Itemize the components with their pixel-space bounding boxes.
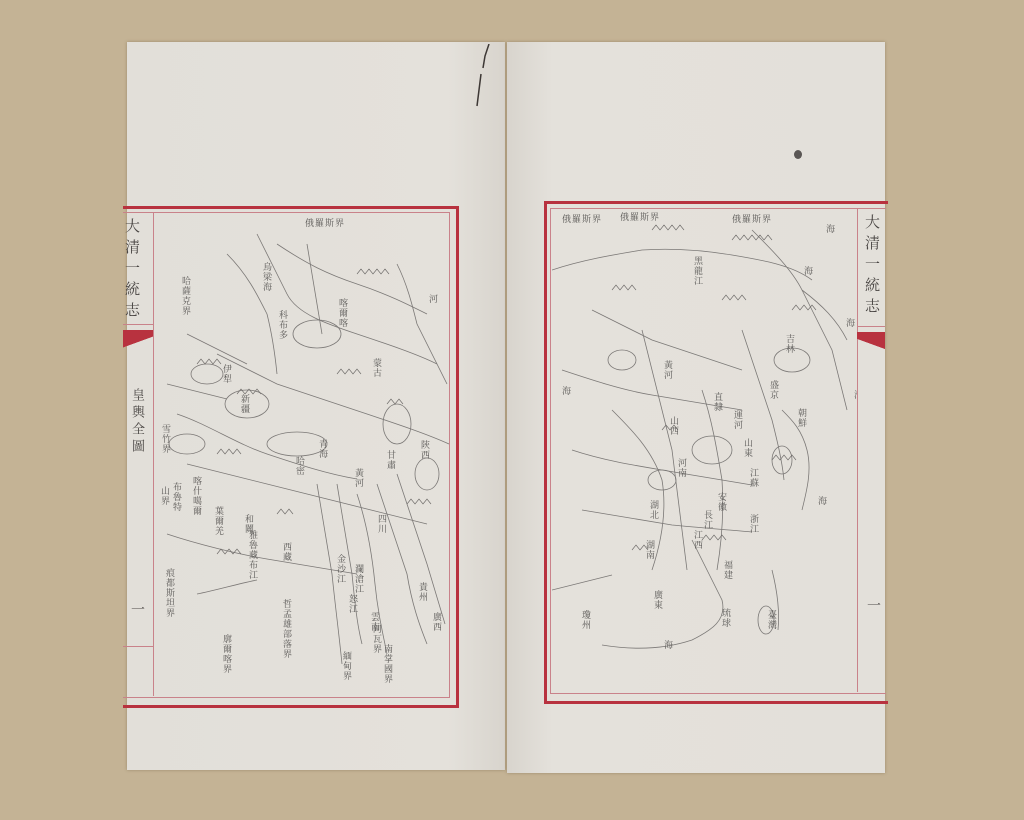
book-title-right: 大清一統志: [862, 214, 883, 319]
ink-stain: [794, 150, 802, 159]
banxin-bottom-divider-left: [123, 646, 153, 647]
map-label: 痕都斯坦界: [164, 568, 173, 618]
page-number-left: 一: [127, 602, 147, 622]
map-label: 山界: [159, 486, 168, 506]
map-label: 陝西: [419, 440, 428, 460]
map-label: 海: [824, 224, 833, 234]
map-label: 俄羅斯界: [562, 216, 602, 225]
right-page: 大清一統志 一: [507, 42, 885, 773]
fishtail-mark-left: [123, 330, 153, 348]
map-label: 直隸: [712, 392, 721, 412]
map-label: 江蘇: [748, 468, 757, 488]
map-label: 喀爾喀: [337, 298, 346, 328]
map-label: 瓊州: [580, 610, 589, 630]
book-title-left: 大清一統志: [122, 218, 143, 323]
map-label: 俄羅斯界: [305, 220, 345, 229]
map-label: 科布多: [277, 310, 286, 340]
map-label: 怒江: [347, 594, 356, 614]
map-label: 越南國界: [447, 634, 449, 674]
map-label: 蒙古: [371, 358, 380, 378]
map-label: 俄羅斯界: [620, 214, 660, 223]
map-label: 金沙江: [335, 554, 344, 584]
map-label: 俄羅斯界: [732, 216, 772, 225]
map-label: 新疆: [239, 394, 248, 414]
left-map-drawing: [157, 214, 449, 694]
map-label: 臺灣: [766, 610, 775, 630]
map-label: 雪竹界: [160, 424, 169, 454]
map-label: 海: [816, 496, 825, 506]
right-map-drawing: [552, 210, 857, 690]
map-label: 廣西: [431, 612, 440, 632]
map-label: 琉球: [720, 608, 729, 628]
page-number-right: 一: [863, 598, 883, 618]
map-label: 吉林: [784, 334, 793, 354]
map-label: 盛京: [768, 380, 777, 400]
map-label: 雲南: [369, 612, 378, 632]
map-label: 黃河: [353, 468, 362, 488]
left-map: 俄羅斯界哈薩克界雪竹界山界布魯特痕都斯坦界廓爾喀界哲孟雄部落界緬甸界南掌國界越南…: [157, 214, 449, 694]
map-label: 朝鮮: [796, 408, 805, 428]
map-label: 甘肅: [385, 450, 394, 470]
banxin-divider-right: [857, 326, 885, 327]
map-label: 瀾滄江: [353, 564, 362, 594]
fishtail-mark-right: [857, 332, 885, 350]
map-label: 山東: [742, 438, 751, 458]
map-label: 哲孟雄部落界: [281, 599, 290, 659]
banxin-divider-left: [123, 324, 153, 325]
map-label: 黃河: [662, 360, 671, 380]
map-label: 青海: [317, 439, 326, 459]
map-label: 安徽: [716, 492, 725, 512]
map-label: 哈密: [294, 456, 303, 476]
paper-tear: [475, 44, 505, 114]
map-label: 貴州: [417, 582, 426, 602]
map-label: 海: [802, 266, 811, 276]
map-label: 湖北: [648, 500, 657, 520]
map-label: 哈薩克界: [180, 276, 189, 316]
map-label: 黑龍江: [692, 256, 701, 286]
map-label: 山西: [668, 416, 677, 436]
map-label: 運河: [732, 410, 741, 430]
map-label: 廓爾喀界: [221, 634, 230, 674]
map-label: 南掌國界: [382, 644, 391, 684]
map-label: 海: [662, 640, 671, 650]
section-title: 皇輿全圖: [127, 388, 146, 456]
map-label: 四川: [376, 514, 385, 534]
map-label: 河南: [676, 458, 685, 478]
map-label: 浙江: [748, 514, 757, 534]
map-label: 西藏: [281, 542, 290, 562]
left-page: 大清一統志 皇輿全圖 一: [127, 42, 505, 770]
map-label: 廣東: [652, 590, 661, 610]
map-label: 海: [560, 386, 569, 396]
map-label: 伊犁: [221, 364, 230, 384]
map-label: 河: [427, 294, 436, 304]
map-label: 湖南: [644, 540, 653, 560]
map-label: 長江: [702, 510, 711, 530]
map-label: 海: [844, 318, 853, 328]
map-label: 喀什噶爾: [191, 476, 200, 516]
map-label: 葉爾羌: [213, 506, 222, 536]
map-label: 雅魯藏布江: [247, 530, 256, 580]
map-label: 緬甸界: [341, 651, 350, 681]
right-map: 俄羅斯界俄羅斯界俄羅斯界海海海海海海海黑龍江吉林盛京朝鮮直隸山西山東河南江蘇安徽…: [552, 210, 857, 690]
map-label: 江西: [692, 530, 701, 550]
map-label: 福建: [722, 560, 731, 580]
map-label: 和闐: [243, 514, 252, 534]
map-label: 烏梁海: [261, 262, 270, 292]
map-label: 布魯特: [171, 482, 180, 512]
map-label: 海: [852, 390, 857, 400]
